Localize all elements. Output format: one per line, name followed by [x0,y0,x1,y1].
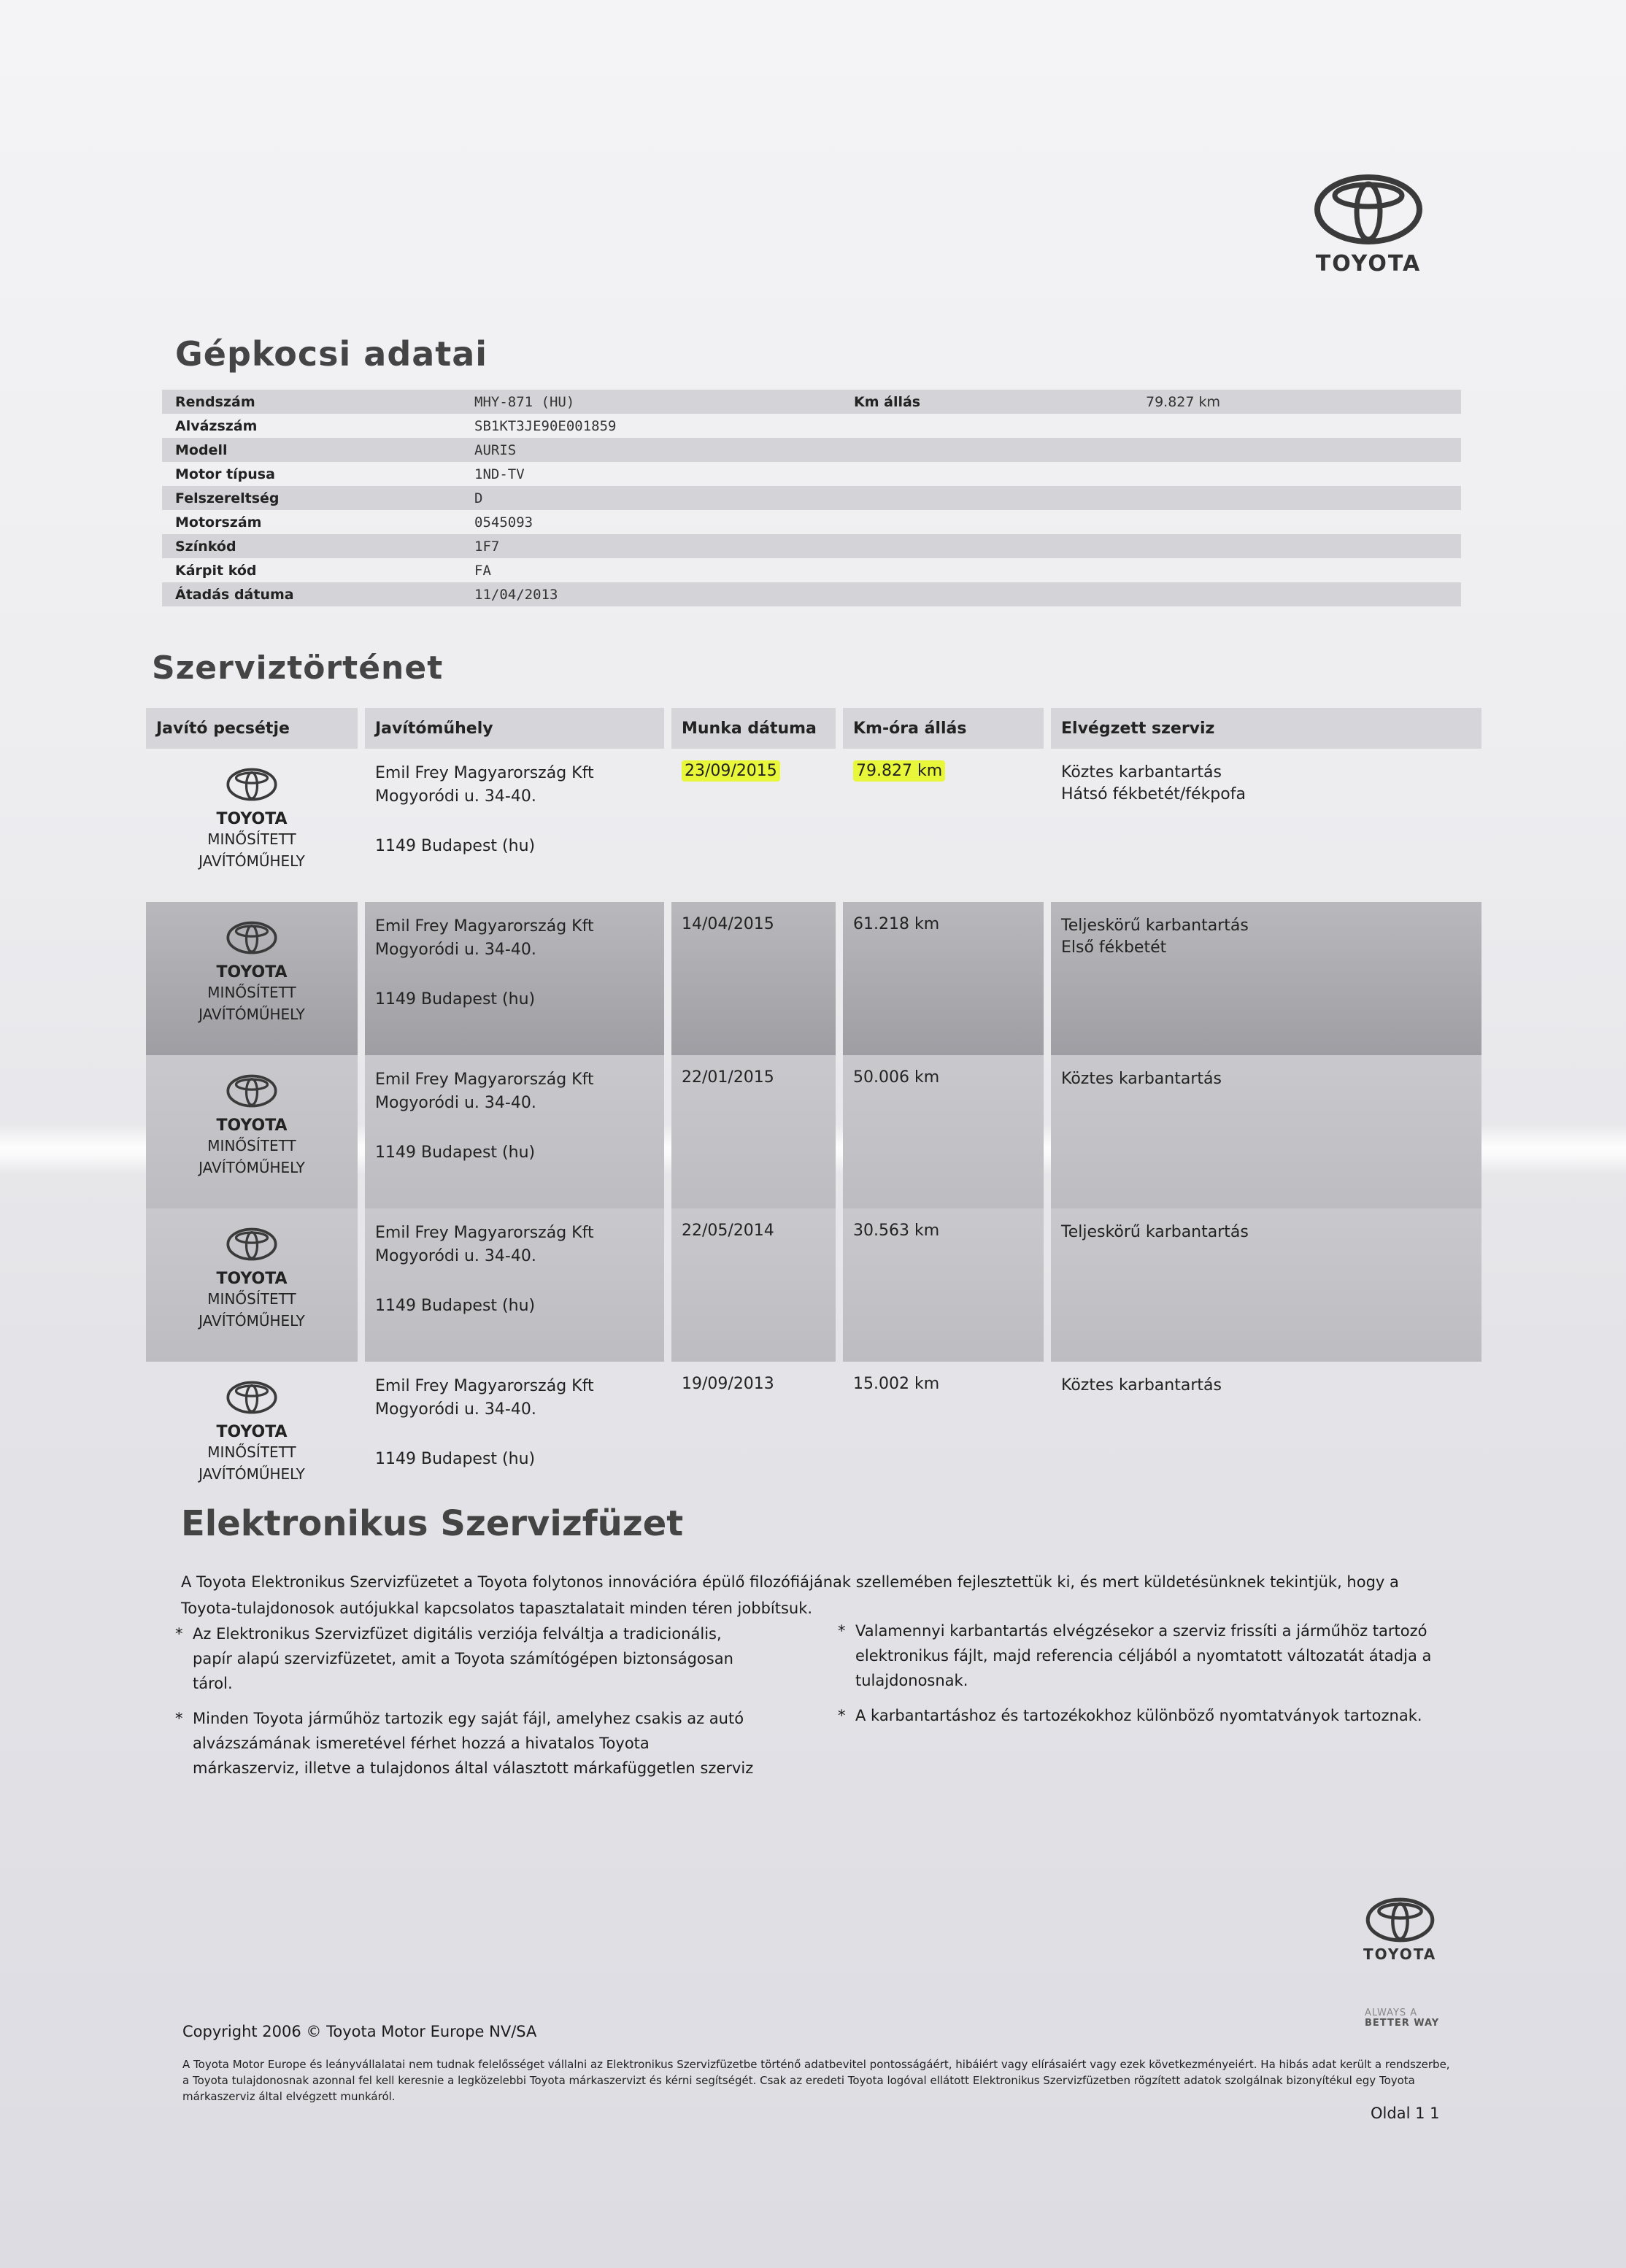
toyota-emblem-icon [1314,174,1423,245]
workshop-street: Mogyoródi u. 34-40. [375,785,654,809]
stamp-line-2: JAVÍTÓMŰHELY [199,1463,305,1485]
column-header-date: Munka dátuma [671,708,836,749]
odometer-cell: 30.563 km [843,1208,1044,1362]
slogan-line-1: ALWAYS A [1365,2008,1439,2018]
bullet-item: *Valamennyi karbantartás elvégzésekor a … [838,1619,1451,1693]
odometer-reading: 30.563 km [853,1222,939,1240]
work-date-cell: 22/01/2015 [671,1055,836,1208]
work-date-cell: 19/09/2013 [671,1362,836,1515]
vehicle-data-row: AlvázszámSB1KT3JE90E001859 [162,414,1461,438]
stamp-brand: TOYOTA [216,963,287,981]
workshop-name: Emil Frey Magyarország Kft [375,762,654,785]
service-history-heading: Szerviztörténet [152,649,443,687]
bullet-text: A karbantartáshoz és tartozékokhoz külön… [855,1703,1422,1728]
stamp-line-1: MINŐSÍTETT [207,1288,296,1310]
booklet-bullets-right: *Valamennyi karbantartás elvégzésekor a … [838,1619,1451,1738]
work-date-cell: 23/09/2015 [671,749,836,902]
column-header-odometer: Km-óra állás [843,708,1044,749]
work-date: 14/04/2015 [682,915,774,933]
table-row: TOYOTA MINŐSÍTETT JAVÍTÓMŰHELY Emil Frey… [146,1055,1481,1208]
field-value: MHY-871 (HU) [474,394,854,410]
table-header: Javító pecsétje Javítóműhely Munka dátum… [146,708,1481,749]
odometer-cell: 15.002 km [843,1362,1044,1515]
stamp-line-1: MINŐSÍTETT [207,1135,296,1157]
workshop-address: Emil Frey Magyarország Kft Mogyoródi u. … [365,1362,664,1515]
field-value: 1F7 [474,539,854,555]
stamp-line-2: JAVÍTÓMŰHELY [199,1003,305,1025]
bullet-star-icon: * [175,1621,193,1696]
odometer-cell: 50.006 km [843,1055,1044,1208]
column-header-stamp: Javító pecsétje [146,708,358,749]
bullet-star-icon: * [838,1703,855,1728]
workshop-stamp: TOYOTA MINŐSÍTETT JAVÍTÓMŰHELY [146,1055,358,1208]
stamp-brand: TOYOTA [216,1270,287,1288]
bullet-text: Minden Toyota járműhöz tartozik egy sajá… [193,1706,759,1781]
work-date: 19/09/2013 [682,1375,774,1393]
field-label: Modell [162,442,474,458]
workshop-city: 1149 Budapest (hu) [375,835,654,858]
services-cell: Teljeskörű karbantartásElső fékbetét [1051,902,1481,1055]
service-item: Első fékbetét [1061,937,1471,959]
bullet-star-icon: * [175,1706,193,1781]
workshop-city: 1149 Budapest (hu) [375,1141,654,1165]
bullet-text: Valamennyi karbantartás elvégzésekor a s… [855,1619,1451,1693]
service-item: Teljeskörű karbantartás [1061,1222,1471,1243]
vehicle-data-row: Motorszám0545093 [162,510,1461,534]
stamp-brand: TOYOTA [216,810,287,828]
workshop-stamp: TOYOTA MINŐSÍTETT JAVÍTÓMŰHELY [146,1208,358,1362]
field-value: D [474,490,854,506]
brand-wordmark: TOYOTA [1316,251,1421,277]
work-date-cell: 14/04/2015 [671,902,836,1055]
brand-slogan: ALWAYS A BETTER WAY [1365,2008,1439,2029]
odometer-reading: 61.218 km [853,915,939,933]
odometer-cell: 79.827 km [843,749,1044,902]
column-header-workshop: Javítóműhely [365,708,664,749]
field-label: Alvázszám [162,418,474,434]
stamp-line-1: MINŐSÍTETT [207,1441,296,1463]
table-row: TOYOTA MINŐSÍTETT JAVÍTÓMŰHELY Emil Frey… [146,1362,1481,1515]
workshop-street: Mogyoródi u. 34-40. [375,1398,654,1422]
field-label: Km állás [854,394,1146,410]
page-number: Oldal 1 1 [1371,2105,1439,2122]
workshop-street: Mogyoródi u. 34-40. [375,938,654,962]
services-cell: Köztes karbantartás [1051,1362,1481,1515]
toyota-emblem-icon [226,1375,277,1420]
workshop-address: Emil Frey Magyarország Kft Mogyoródi u. … [365,902,664,1055]
field-value: 1ND-TV [474,466,854,482]
workshop-stamp: TOYOTA MINŐSÍTETT JAVÍTÓMŰHELY [146,902,358,1055]
work-date-cell: 22/05/2014 [671,1208,836,1362]
bullet-star-icon: * [838,1619,855,1693]
toyota-emblem-icon [226,1068,277,1114]
service-item: Köztes karbantartás [1061,1068,1471,1090]
bullet-item: *A karbantartáshoz és tartozékokhoz külö… [838,1703,1451,1728]
vehicle-data-row: Motor típusa1ND-TV [162,462,1461,486]
workshop-address: Emil Frey Magyarország Kft Mogyoródi u. … [365,749,664,902]
odometer-reading: 15.002 km [853,1375,939,1393]
workshop-name: Emil Frey Magyarország Kft [375,915,654,938]
copyright-notice: Copyright 2006 © Toyota Motor Europe NV/… [182,2023,536,2040]
stamp-line-2: JAVÍTÓMŰHELY [199,850,305,872]
services-cell: Teljeskörű karbantartás [1051,1208,1481,1362]
workshop-street: Mogyoródi u. 34-40. [375,1245,654,1268]
field-label: Motor típusa [162,466,474,482]
field-label: Rendszám [162,394,474,410]
vehicle-data-row: Színkód1F7 [162,534,1461,558]
stamp-brand: TOYOTA [216,1116,287,1135]
vehicle-data-heading: Gépkocsi adatai [175,334,488,374]
workshop-address: Emil Frey Magyarország Kft Mogyoródi u. … [365,1208,664,1362]
bullet-item: *Az Elektronikus Szervizfüzet digitális … [175,1621,759,1696]
workshop-street: Mogyoródi u. 34-40. [375,1092,654,1115]
field-label: Felszereltség [162,490,474,506]
vehicle-data-table: RendszámMHY-871 (HU)Km állás79.827 kmAlv… [162,390,1461,606]
toyota-emblem-icon [1365,1897,1435,1943]
field-label: Kárpit kód [162,563,474,579]
vehicle-data-row: RendszámMHY-871 (HU)Km állás79.827 km [162,390,1461,414]
workshop-name: Emil Frey Magyarország Kft [375,1068,654,1092]
table-row: TOYOTA MINŐSÍTETT JAVÍTÓMŰHELY Emil Frey… [146,902,1481,1055]
field-value: 11/04/2013 [474,587,854,603]
field-value: FA [474,563,854,579]
slogan-line-2: BETTER WAY [1365,2018,1439,2029]
toyota-emblem-icon [226,762,277,807]
toyota-emblem-icon [226,915,277,960]
disclaimer-text: A Toyota Motor Europe és leányvállalatai… [182,2056,1452,2105]
workshop-address: Emil Frey Magyarország Kft Mogyoródi u. … [365,1055,664,1208]
table-row: TOYOTA MINŐSÍTETT JAVÍTÓMŰHELY Emil Frey… [146,1208,1481,1362]
services-cell: Köztes karbantartásHátsó fékbetét/fékpof… [1051,749,1481,902]
vehicle-data-row: Átadás dátuma11/04/2013 [162,582,1461,606]
field-label: Motorszám [162,514,474,531]
service-item: Hátsó fékbetét/fékpofa [1061,784,1471,806]
vehicle-data-row: ModellAURIS [162,438,1461,462]
services-cell: Köztes karbantartás [1051,1055,1481,1208]
workshop-stamp: TOYOTA MINŐSÍTETT JAVÍTÓMŰHELY [146,1362,358,1515]
vehicle-data-row: FelszereltségD [162,486,1461,510]
column-header-service: Elvégzett szerviz [1051,708,1481,749]
work-date: 22/01/2015 [682,1068,774,1087]
stamp-line-2: JAVÍTÓMŰHELY [199,1157,305,1179]
odometer-cell: 61.218 km [843,902,1044,1055]
bullet-item: *Minden Toyota járműhöz tartozik egy saj… [175,1706,759,1781]
workshop-name: Emil Frey Magyarország Kft [375,1375,654,1398]
service-history-table: Javító pecsétje Javítóműhely Munka dátum… [146,708,1481,1515]
brand-wordmark: TOYOTA [1363,1945,1436,1963]
booklet-bullets-left: *Az Elektronikus Szervizfüzet digitális … [175,1621,759,1791]
stamp-line-1: MINŐSÍTETT [207,828,296,850]
booklet-intro-text: A Toyota Elektronikus Szervizfüzetet a T… [181,1569,1451,1621]
stamp-brand: TOYOTA [216,1423,287,1441]
field-value: 0545093 [474,514,854,531]
odometer-reading: 79.827 km [853,760,945,782]
odometer-reading: 50.006 km [853,1068,939,1087]
toyota-logo-footer: TOYOTA [1363,1897,1436,1963]
toyota-logo-header: TOYOTA [1314,174,1423,277]
bullet-text: Az Elektronikus Szervizfüzet digitális v… [193,1621,759,1696]
toyota-emblem-icon [226,1222,277,1267]
field-label: Színkód [162,539,474,555]
field-label: Átadás dátuma [162,587,474,603]
stamp-line-1: MINŐSÍTETT [207,981,296,1003]
field-value: 79.827 km [1146,394,1220,410]
field-value: SB1KT3JE90E001859 [474,418,854,434]
field-value: AURIS [474,442,854,458]
workshop-city: 1149 Budapest (hu) [375,988,654,1011]
service-item: Köztes karbantartás [1061,1375,1471,1397]
workshop-stamp: TOYOTA MINŐSÍTETT JAVÍTÓMŰHELY [146,749,358,902]
table-row: TOYOTA MINŐSÍTETT JAVÍTÓMŰHELY Emil Frey… [146,749,1481,902]
stamp-line-2: JAVÍTÓMŰHELY [199,1310,305,1332]
workshop-city: 1149 Budapest (hu) [375,1295,654,1318]
vehicle-data-row: Kárpit kódFA [162,558,1461,582]
service-item: Köztes karbantartás [1061,762,1471,784]
work-date: 23/09/2015 [682,760,780,782]
workshop-name: Emil Frey Magyarország Kft [375,1222,654,1245]
electronic-service-booklet-heading: Elektronikus Szervizfüzet [181,1503,683,1544]
service-item: Teljeskörű karbantartás [1061,915,1471,937]
work-date: 22/05/2014 [682,1222,774,1240]
workshop-city: 1149 Budapest (hu) [375,1448,654,1471]
